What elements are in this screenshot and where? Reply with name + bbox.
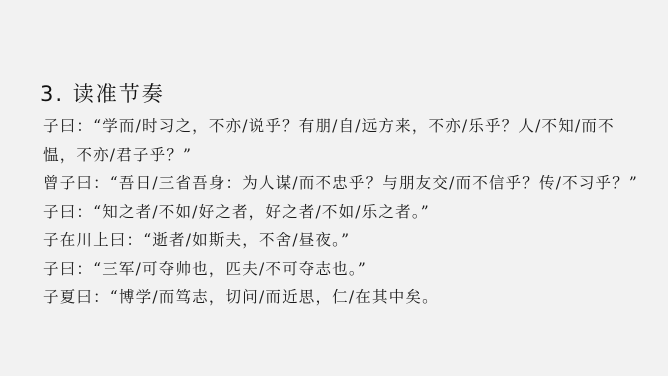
- slide: 3. 读准节奏 子曰：“学而/时习之，不亦/说乎？有朋/自/远方来，不亦/乐乎？…: [0, 0, 668, 376]
- text-line: 愠，不亦/君子乎？”: [43, 141, 663, 170]
- section-title: 3. 读准节奏: [40, 78, 165, 108]
- text-line: 子曰：“三军/可夺帅也，匹夫/不可夺志也。”: [43, 255, 663, 284]
- text-line: 子在川上曰：“逝者/如斯夫，不舍/昼夜。”: [43, 226, 663, 255]
- text-body: 子曰：“学而/时习之，不亦/说乎？有朋/自/远方来，不亦/乐乎？人/不知/而不 …: [43, 112, 663, 312]
- text-line: 曾子曰：“吾日/三省吾身：为人谋/而不忠乎？与朋友交/而不信乎？传/不习乎？”: [43, 169, 663, 198]
- text-line: 子曰：“知之者/不如/好之者，好之者/不如/乐之者。”: [43, 198, 663, 227]
- text-line: 子曰：“学而/时习之，不亦/说乎？有朋/自/远方来，不亦/乐乎？人/不知/而不: [43, 112, 663, 141]
- text-line: 子夏曰：“博学/而笃志，切问/而近思，仁/在其中矣。: [43, 283, 663, 312]
